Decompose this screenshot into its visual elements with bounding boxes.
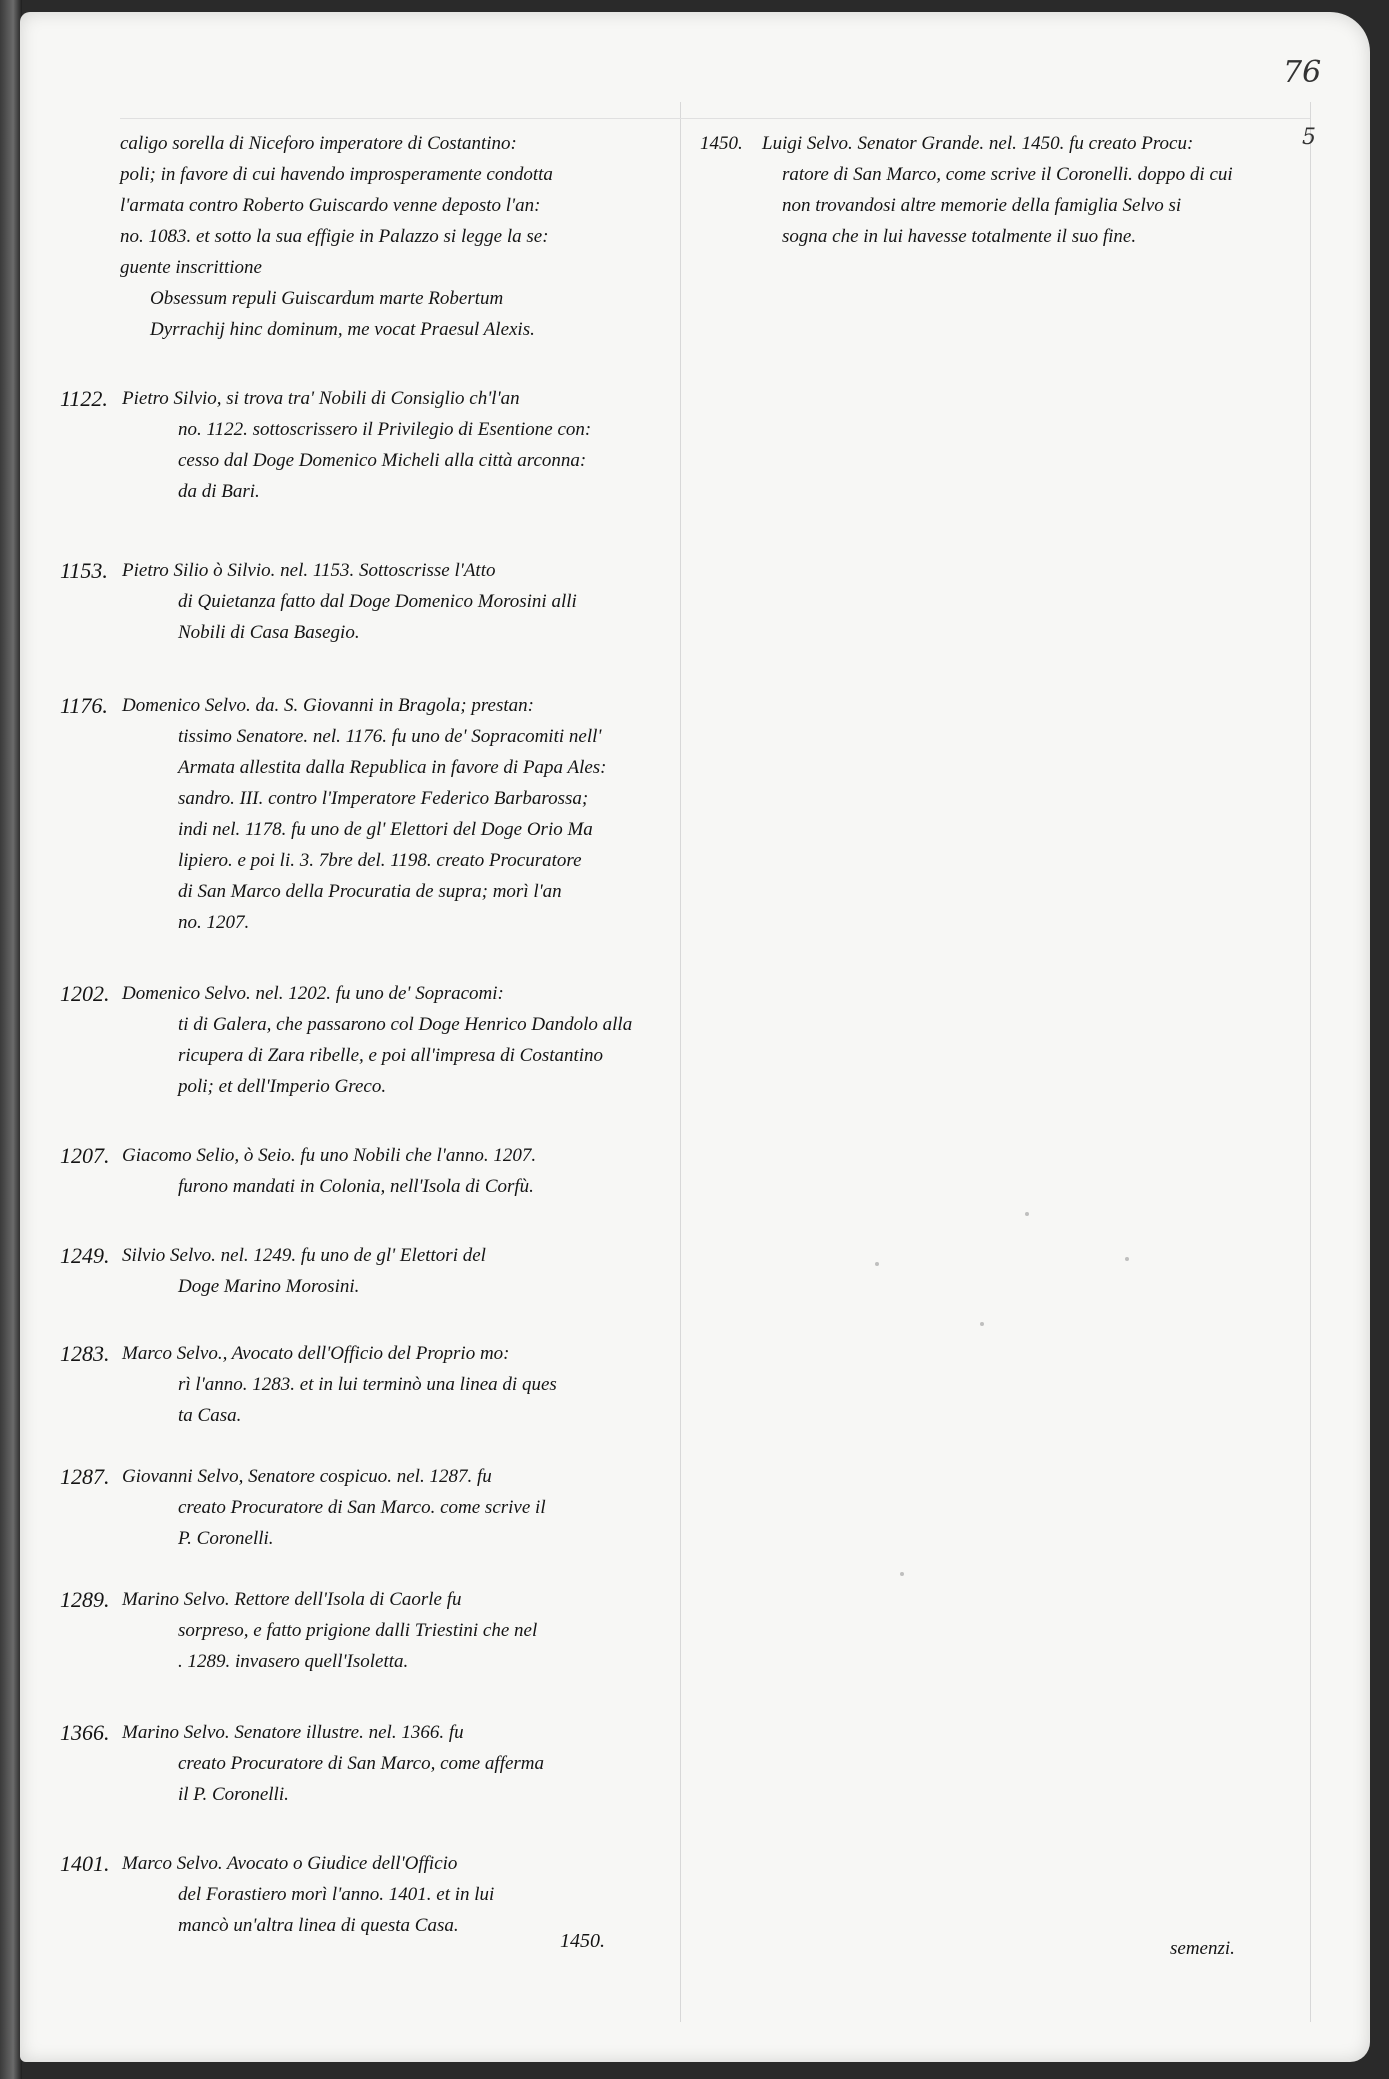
entry-1283: 1283. Marco Selvo., Avocato dell'Officio… [60,1338,690,1431]
text-line: creato Procuratore di San Marco, come af… [122,1748,690,1779]
text-line: Marco Selvo. Avocato o Giudice dell'Offi… [122,1848,690,1879]
entry-1122: 1122. Pietro Silvio, si trova tra' Nobil… [60,383,690,507]
entry-year: 1249. [60,1240,110,1271]
text-line: Silvio Selvo. nel. 1249. fu uno de gl' E… [122,1240,690,1271]
entry-1202: 1202. Domenico Selvo. nel. 1202. fu uno … [60,978,690,1102]
text-line: no. 1083. et sotto la sua effigie in Pal… [120,221,690,252]
entry-1207: 1207. Giacomo Selio, ò Seio. fu uno Nobi… [60,1140,690,1202]
inscription-line: Dyrrachij hinc dominum, me vocat Praesul… [120,314,690,345]
margin-rule [1310,102,1311,2022]
text-line: no. 1207. [122,907,690,938]
text-line: Armata allestita dalla Republica in favo… [122,752,690,783]
text-line: sandro. III. contro l'Imperatore Federic… [122,783,690,814]
left-column: caligo sorella di Niceforo imperatore di… [60,128,690,1941]
text-line: Marino Selvo. Senatore illustre. nel. 13… [122,1717,690,1748]
text-line: tissimo Senatore. nel. 1176. fu uno de' … [122,721,690,752]
text-line: l'armata contro Roberto Guiscardo venne … [120,190,690,221]
signature: semenzi. [1170,1938,1235,1960]
top-rule [120,118,1310,119]
text-line: di San Marco della Procuratia de supra; … [122,876,690,907]
text-line: Luigi Selvo. Senator Grande. nel. 1450. … [762,128,1290,159]
text-line: poli; in favore di cui havendo improsper… [120,159,690,190]
entry-year: 1366. [60,1717,110,1748]
entry-year: 1289. [60,1584,110,1615]
entry-year: 1153. [60,555,108,586]
text-line: ti di Galera, che passarono col Doge Hen… [122,1009,690,1040]
text-line: del Forastiero morì l'anno. 1401. et in … [122,1879,690,1910]
text-line: Doge Marino Morosini. [122,1271,690,1302]
entry-1176: 1176. Domenico Selvo. da. S. Giovanni in… [60,690,690,938]
text-line: Pietro Silio ò Silvio. nel. 1153. Sottos… [122,555,690,586]
entry-year: 1287. [60,1461,110,1492]
text-line: cesso dal Doge Domenico Micheli alla cit… [122,445,690,476]
text-line: Giovanni Selvo, Senatore cospicuo. nel. … [122,1461,690,1492]
text-line: Marco Selvo., Avocato dell'Officio del P… [122,1338,690,1369]
text-line: Marino Selvo. Rettore dell'Isola di Caor… [122,1584,690,1615]
text-line: furono mandati in Colonia, nell'Isola di… [122,1171,690,1202]
text-line: ratore di San Marco, come scrive il Coro… [762,159,1290,190]
text-line: poli; et dell'Imperio Greco. [122,1071,690,1102]
text-line: lipiero. e poi li. 3. 7bre del. 1198. cr… [122,845,690,876]
text-line: Pietro Silvio, si trova tra' Nobili di C… [122,383,690,414]
entry-1249: 1249. Silvio Selvo. nel. 1249. fu uno de… [60,1240,690,1302]
entry-year: 1450. [700,128,743,159]
entry-year: 1283. [60,1338,110,1369]
text-line: ta Casa. [122,1400,690,1431]
folio-number: 76 [1283,55,1321,90]
entry-1366: 1366. Marino Selvo. Senatore illustre. n… [60,1717,690,1810]
text-line: Giacomo Selio, ò Seio. fu uno Nobili che… [122,1140,690,1171]
text-line: sorpreso, e fatto prigione dalli Triesti… [122,1615,690,1646]
text-line: indi nel. 1178. fu uno de gl' Elettori d… [122,814,690,845]
entry-1450: 1450. Luigi Selvo. Senator Grande. nel. … [700,128,1290,252]
text-line: da di Bari. [122,476,690,507]
text-line: Domenico Selvo. da. S. Giovanni in Brago… [122,690,690,721]
inscription-line: Obsessum repuli Guiscardum marte Robertu… [120,283,690,314]
text-line: creato Procuratore di San Marco. come sc… [122,1492,690,1523]
text-line: Nobili di Casa Basegio. [122,617,690,648]
entry-1401: 1401. Marco Selvo. Avocato o Giudice del… [60,1848,690,1941]
entry-1153: 1153. Pietro Silio ò Silvio. nel. 1153. … [60,555,690,648]
entry-1289: 1289. Marino Selvo. Rettore dell'Isola d… [60,1584,690,1677]
text-line: guente inscrittione [120,252,690,283]
entry-year: 1207. [60,1140,110,1171]
text-line: P. Coronelli. [122,1523,690,1554]
entry-year: 1122. [60,383,108,414]
right-column: 1450. Luigi Selvo. Senator Grande. nel. … [700,128,1290,252]
text-line: rì l'anno. 1283. et in lui terminò una l… [122,1369,690,1400]
catchword-year: 1450. [560,1930,605,1953]
text-line: no. 1122. sottoscrissero il Privilegio d… [122,414,690,445]
binding-edge [0,0,22,2079]
entry-1287: 1287. Giovanni Selvo, Senatore cospicuo.… [60,1461,690,1554]
entry-year: 1401. [60,1848,110,1879]
continuation-text: caligo sorella di Niceforo imperatore di… [120,128,690,345]
text-line: caligo sorella di Niceforo imperatore di… [120,128,690,159]
text-line: di Quietanza fatto dal Doge Domenico Mor… [122,586,690,617]
text-line: non trovandosi altre memorie della famig… [762,190,1290,221]
entry-year: 1202. [60,978,110,1009]
entry-year: 1176. [60,690,108,721]
text-line: Domenico Selvo. nel. 1202. fu uno de' So… [122,978,690,1009]
text-line: sogna che in lui havesse totalmente il s… [762,221,1290,252]
margin-mark: 5 [1302,125,1316,150]
text-line: ricupera di Zara ribelle, e poi all'impr… [122,1040,690,1071]
text-line: il P. Coronelli. [122,1779,690,1810]
text-line: . 1289. invasero quell'Isoletta. [122,1646,690,1677]
